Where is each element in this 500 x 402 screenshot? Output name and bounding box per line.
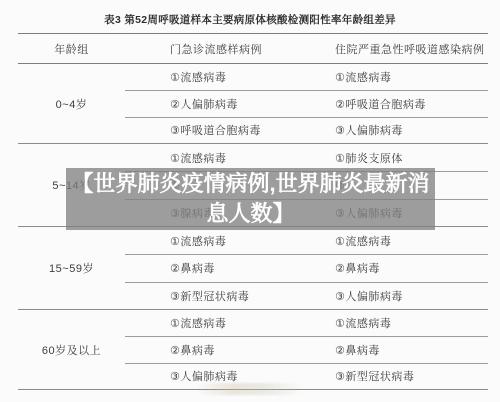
table-header-row: 年龄组 门急诊流感样病例 住院严重急性呼吸道感染病例: [18, 33, 488, 64]
page: 表3 第52周呼吸道样本主要病原体核酸检测阳性率年龄组差异 年龄组 门急诊流感样…: [0, 0, 500, 402]
pathogen-cell: ③呼吸道合胞病毒: [125, 117, 330, 143]
pathogen-cell: ③人偏肺病毒: [330, 117, 488, 143]
pathogen-cell: ②鼻病毒: [330, 254, 488, 281]
pathogen-cell: ③新型冠状病毒: [330, 363, 488, 389]
age-label: 60岁及以上: [18, 310, 125, 389]
watermark-text-line2: 息人数】: [206, 199, 294, 229]
pathogen-cell: ①流感病毒: [330, 310, 488, 336]
pathogen-cell: ②人偏肺病毒: [125, 90, 330, 116]
age-label: 15~59岁: [18, 227, 125, 309]
header-cell-age-group: 年龄组: [18, 34, 125, 63]
pathogen-cell: ②鼻病毒: [125, 336, 330, 362]
pathogen-cell: ①流感病毒: [330, 64, 488, 90]
watermark-text-line1: 【世界肺炎疫情病例,世界肺炎最新消: [71, 169, 429, 199]
pathogen-cell: ①流感病毒: [330, 227, 488, 254]
pathogen-cell: ③新型冠状病毒: [125, 282, 330, 309]
pathogen-cell: ①流感病毒: [125, 64, 330, 90]
pathogen-cell: ①流感病毒: [125, 310, 330, 336]
age-label: 0~4岁: [18, 64, 125, 143]
pathogen-cell: ③人偏肺病毒: [330, 282, 488, 309]
age-group-row-0-4: 0~4岁 ①流感病毒 ①流感病毒 ②人偏肺病毒 ②呼吸道合胞病毒 ③呼吸道合胞病…: [18, 64, 488, 144]
header-cell-inpatient-sari: 住院严重急性呼吸道感染病例: [330, 34, 488, 63]
pathogen-cell: ②鼻病毒: [125, 254, 330, 281]
watermark-smudge: [196, 383, 302, 395]
age-group-row-15-59: 15~59岁 ①流感病毒 ①流感病毒 ②鼻病毒 ②鼻病毒 ③新型冠状病毒 ③人偏…: [18, 227, 488, 310]
header-cell-outpatient-ili: 门急诊流感样病例: [125, 34, 330, 63]
pathogen-cell: ②呼吸道合胞病毒: [330, 90, 488, 116]
table-title: 表3 第52周呼吸道样本主要病原体核酸检测阳性率年龄组差异: [0, 12, 500, 28]
watermark-overlay: 【世界肺炎疫情病例,世界肺炎最新消 息人数】: [66, 168, 435, 230]
pathogen-cell: ①流感病毒: [125, 227, 330, 254]
pathogen-cell: ②鼻病毒: [330, 336, 488, 362]
age-group-row-60-plus: 60岁及以上 ①流感病毒 ①流感病毒 ②鼻病毒 ②鼻病毒 ③人偏肺病毒 ③新型冠…: [18, 310, 488, 390]
